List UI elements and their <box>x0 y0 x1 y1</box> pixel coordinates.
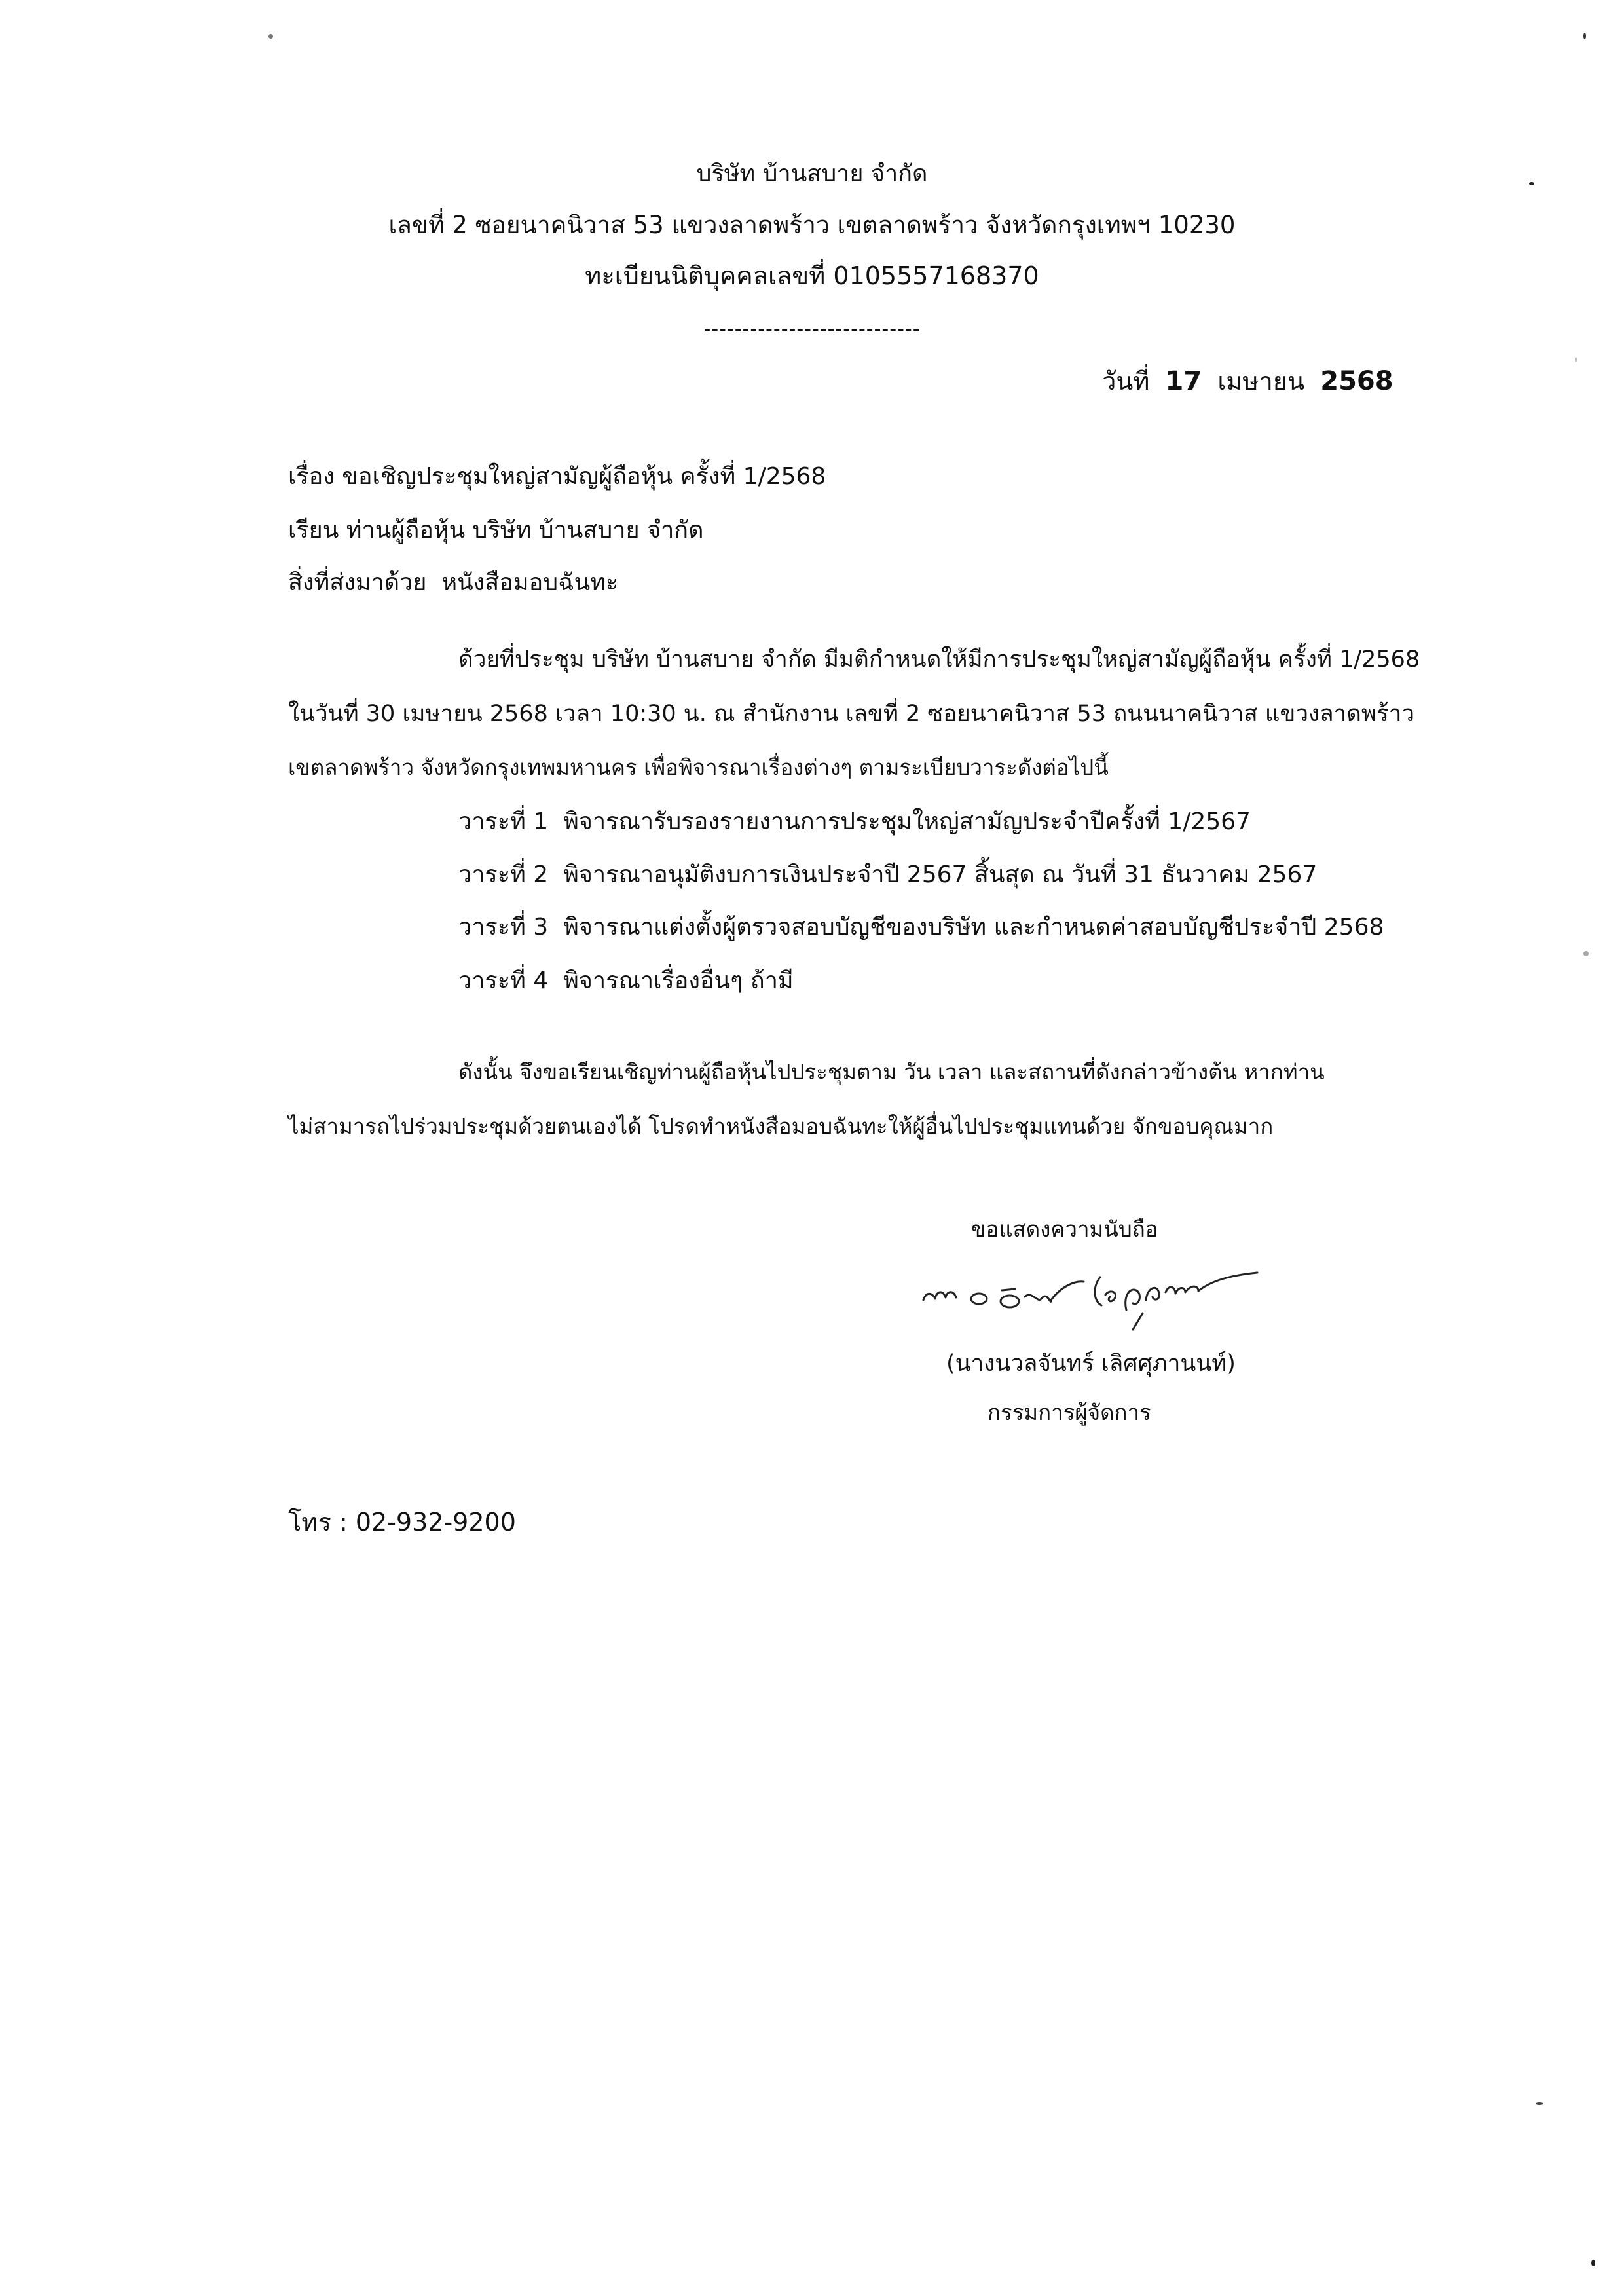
enclosure-text: หนังสือมอบฉันทะ <box>441 569 618 596</box>
scan-speck <box>1583 951 1589 956</box>
subject-label: เรื่อง <box>288 463 335 490</box>
body-paragraph-1-line-3: เขตลาดพร้าว จังหวัดกรุงเทพมหานคร เพื่อพิ… <box>288 756 1109 778</box>
recipient-label: เรียน <box>288 517 339 544</box>
company-address: เลขที่ 2 ซอยนาคนิวาส 53 แขวงลาดพร้าว เขต… <box>0 213 1624 237</box>
body-paragraph-2-line-2: ไม่สามารถไปร่วมประชุมด้วยตนเองได้ โปรดทำ… <box>288 1115 1273 1137</box>
registration-number: ทะเบียนนิติบุคคลเลขที่ 0105557168370 <box>0 263 1624 288</box>
agenda-item-3: วาระที่ 3 พิจารณาแต่งตั้งผู้ตรวจสอบบัญชี… <box>458 916 1384 939</box>
agenda-text: พิจารณาเรื่องอื่นๆ ถ้ามี <box>563 967 794 994</box>
scan-speck <box>268 34 273 39</box>
agenda-label: วาระที่ 2 <box>458 861 548 888</box>
enclosure-line: สิ่งที่ส่งมาด้วย หนังสือมอบฉันทะ <box>288 571 618 595</box>
recipient-text: ท่านผู้ถือหุ้น บริษัท บ้านสบาย จำกัด <box>346 517 704 544</box>
phone-line: โทร : 02-932-9200 <box>288 1510 516 1535</box>
date-year: 2568 <box>1320 366 1393 396</box>
date-label: วันที่ <box>1102 367 1149 396</box>
scan-speck <box>1536 2102 1543 2105</box>
letter-date: วันที่ 17 เมษายน 2568 <box>1102 368 1393 394</box>
scan-speck <box>1575 357 1577 362</box>
phone-number: 02-932-9200 <box>356 1508 516 1537</box>
enclosure-label: สิ่งที่ส่งมาด้วย <box>288 569 426 596</box>
agenda-item-4: วาระที่ 4 พิจารณาเรื่องอื่นๆ ถ้ามี <box>458 969 794 993</box>
recipient-line: เรียน ท่านผู้ถือหุ้น บริษัท บ้านสบาย จำก… <box>288 519 703 542</box>
signature <box>910 1261 1342 1346</box>
signer-title: กรรมการผู้จัดการ <box>987 1402 1151 1423</box>
header-separator: ---------------------------- <box>0 320 1624 339</box>
scan-speck <box>1529 182 1534 185</box>
body-paragraph-2-line-1: ดังนั้น จึงขอเรียนเชิญท่านผู้ถือหุ้นไปปร… <box>458 1061 1325 1083</box>
agenda-label: วาระที่ 4 <box>458 967 548 994</box>
body-paragraph-1-line-2: ในวันที่ 30 เมษายน 2568 เวลา 10:30 น. ณ … <box>288 703 1414 726</box>
body-paragraph-1-line-1: ด้วยที่ประชุม บริษัท บ้านสบาย จำกัด มีมต… <box>458 648 1420 671</box>
date-month: เมษายน <box>1217 367 1304 396</box>
agenda-text: พิจารณารับรองรายงานการประชุมใหญ่สามัญประ… <box>563 808 1251 835</box>
agenda-label: วาระที่ 1 <box>458 808 548 835</box>
scan-speck <box>1583 33 1586 39</box>
closing-regards: ขอแสดงความนับถือ <box>971 1218 1158 1240</box>
agenda-text: พิจารณาอนุมัติงบการเงินประจำปี 2567 สิ้น… <box>563 861 1317 888</box>
signer-name: (นางนวลจันทร์ เลิศศุภานนท์) <box>946 1353 1236 1375</box>
scan-speck <box>1591 2260 1595 2266</box>
agenda-item-1: วาระที่ 1 พิจารณารับรองรายงานการประชุมให… <box>458 810 1251 834</box>
phone-label: โทร : <box>288 1508 348 1537</box>
agenda-item-2: วาระที่ 2 พิจารณาอนุมัติงบการเงินประจำปี… <box>458 863 1317 887</box>
subject-line: เรื่อง ขอเชิญประชุมใหญ่สามัญผู้ถือหุ้น ค… <box>288 465 826 489</box>
subject-text: ขอเชิญประชุมใหญ่สามัญผู้ถือหุ้น ครั้งที่… <box>342 463 826 490</box>
date-day: 17 <box>1166 366 1202 396</box>
agenda-text: พิจารณาแต่งตั้งผู้ตรวจสอบบัญชีของบริษัท … <box>563 914 1384 941</box>
agenda-label: วาระที่ 3 <box>458 914 548 941</box>
company-name: บริษัท บ้านสบาย จำกัด <box>0 162 1624 186</box>
